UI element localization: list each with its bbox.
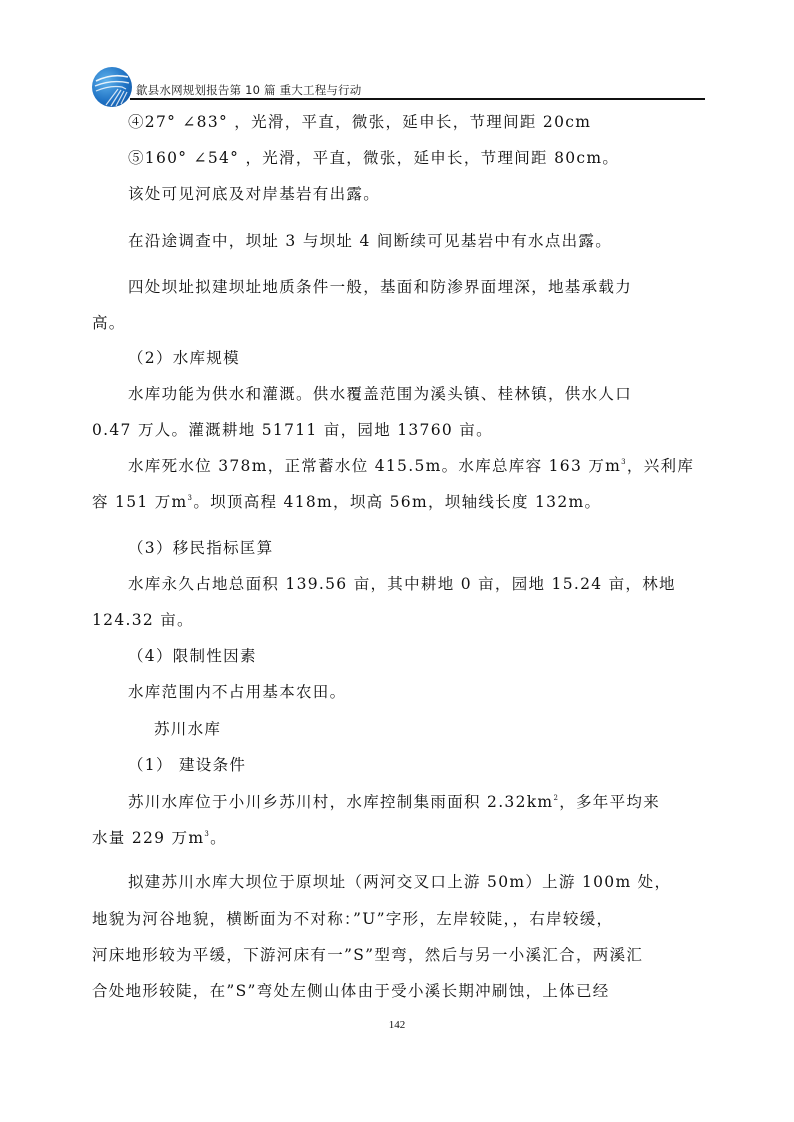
paragraph: 拟建苏川水库大坝位于原坝址（两河交叉口上游 50m）上游 100m 处，	[128, 872, 671, 892]
section-heading-constraints: （4）限制性因素	[128, 646, 257, 666]
paragraph: 水库永久占地总面积 139.56 亩，其中耕地 0 亩，园地 15.24 亩，林…	[128, 574, 676, 594]
paragraph: 四处坝址拟建坝址地质条件一般，基面和防渗界面埋深，地基承载力	[128, 277, 632, 297]
paragraph-continuation: 合处地形较陡，在”S”弯处左侧山体由于受小溪长期冲刷蚀，上体已经	[92, 981, 610, 1001]
text-span: ，多年平均来	[559, 793, 660, 811]
section-heading-resettlement: （3）移民指标匡算	[128, 538, 274, 558]
page-header: 歙县水网规划报告第 10 篇 重大工程与行动	[92, 64, 703, 108]
paragraph-continuation: 高。	[92, 313, 126, 333]
paragraph-continuation: 河床地形较为平缓，下游河床有一”S”型弯，然后与另一小溪汇合，两溪汇	[92, 945, 643, 965]
subsection-title-suchuan-reservoir: 苏川水库	[154, 719, 221, 739]
paragraph-continuation: 0.47 万人。灌溉耕地 51711 亩，园地 13760 亩。	[92, 420, 493, 440]
header-divider	[130, 98, 705, 100]
water-network-logo-icon	[92, 67, 132, 107]
text-span: 水量 229 万m	[92, 829, 204, 847]
section-heading-construction-conditions: （1） 建设条件	[128, 755, 246, 775]
paragraph: 该处可见河底及对岸基岩有出露。	[128, 184, 380, 204]
paragraph-continuation: 地貌为河谷地貌，横断面为不对称：”U”字形，左岸较陡，，右岸较缓，	[92, 909, 613, 929]
text-span: ，兴利库	[627, 457, 694, 475]
text-span: 容 151 万m	[92, 493, 188, 511]
paragraph-continuation: 水量 229 万m3。	[92, 828, 227, 848]
header-title: 歙县水网规划报告第 10 篇 重大工程与行动	[136, 82, 362, 98]
text-span: 水库死水位 378m，正常蓄水位 415.5m。水库总库容 163 万m	[128, 457, 621, 475]
joint-item-5: ⑤160° ∠54° ，光滑，平直，微张，延申长，节理间距 80cm。	[128, 148, 619, 168]
paragraph-continuation: 124.32 亩。	[92, 610, 194, 630]
text-span: 。坝顶高程 418m，坝高 56m，坝轴线长度 132m。	[193, 493, 601, 511]
paragraph: 水库范围内不占用基本农田。	[128, 682, 346, 702]
page-number: 142	[0, 1019, 794, 1031]
text-span: 苏川水库位于小川乡苏川村，水库控制集雨面积 2.32km	[128, 793, 553, 811]
paragraph-continuation: 容 151 万m3。坝顶高程 418m，坝高 56m，坝轴线长度 132m。	[92, 492, 601, 512]
section-heading-reservoir-scale: （2）水库规模	[128, 348, 240, 368]
paragraph-reservoir-levels: 水库死水位 378m，正常蓄水位 415.5m。水库总库容 163 万m3，兴利…	[128, 456, 694, 476]
paragraph: 水库功能为供水和灌溉。供水覆盖范围为溪头镇、桂林镇，供水人口	[128, 384, 632, 404]
paragraph-suchuan-location: 苏川水库位于小川乡苏川村，水库控制集雨面积 2.32km2，多年平均来	[128, 792, 660, 812]
joint-item-4: ④27° ∠83° ，光滑，平直，微张，延申长，节理间距 20cm	[128, 112, 591, 132]
text-span: 。	[210, 829, 227, 847]
paragraph: 在沿途调查中，坝址 3 与坝址 4 间断续可见基岩中有水点出露。	[128, 231, 612, 251]
